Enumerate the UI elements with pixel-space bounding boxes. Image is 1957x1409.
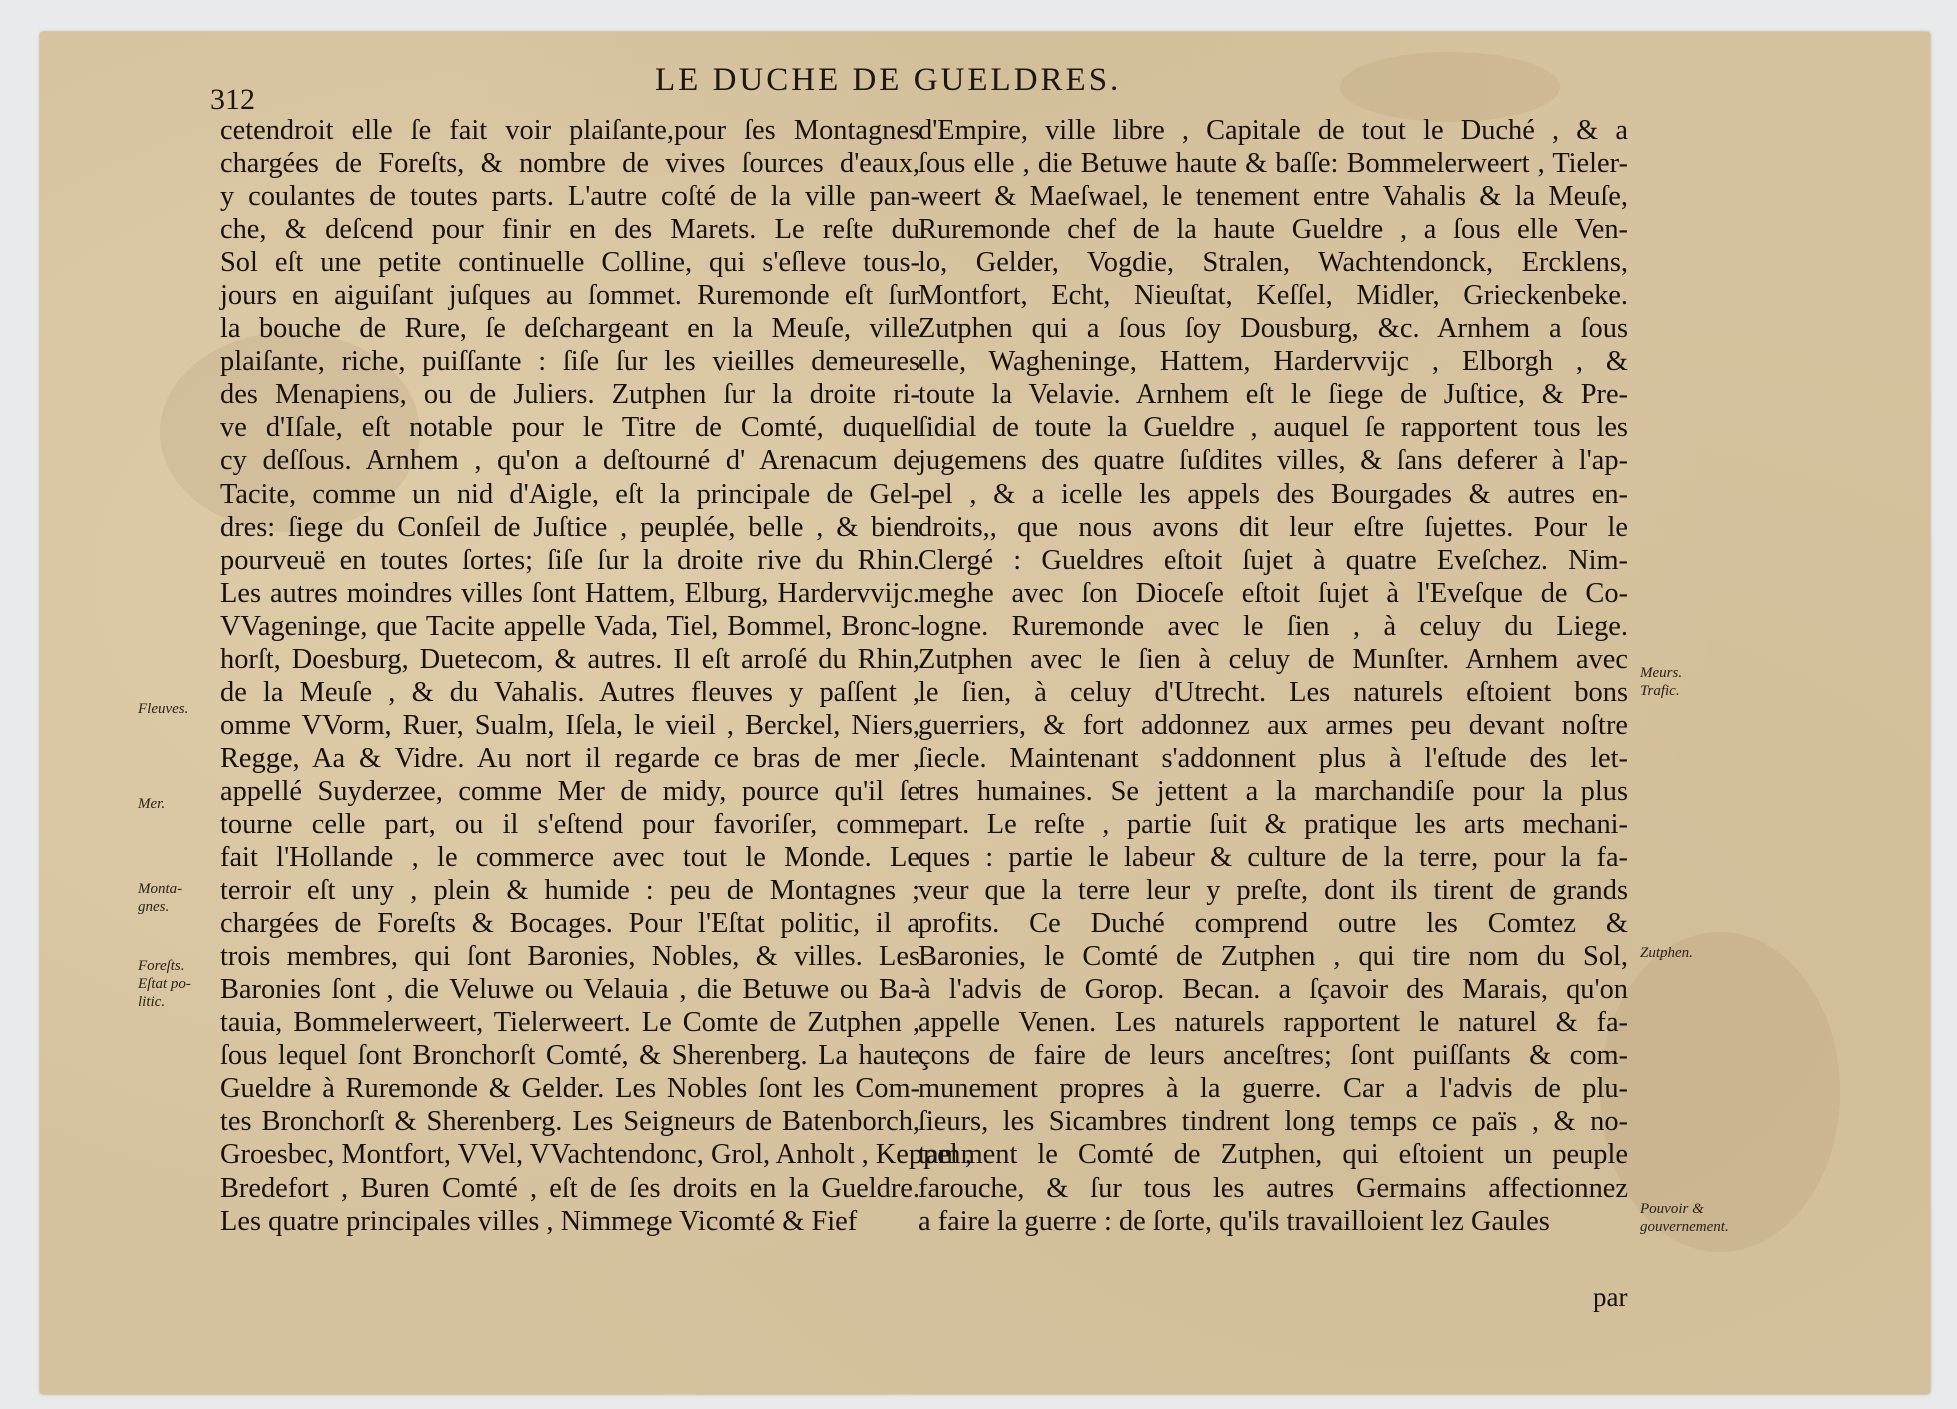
- text-line: ve d'Iſale, eſt notable pour le Titre de…: [220, 411, 920, 444]
- text-line: à l'advis de Gorop. Becan. a ſçavoir des…: [918, 973, 1628, 1006]
- text-line: meghe avec ſon Dioceſe eſtoit ſujet à l'…: [918, 577, 1628, 610]
- text-line: Les autres moindres villes ſont Hattem, …: [220, 577, 920, 610]
- text-line: trois membres, qui ſont Baronies, Nobles…: [220, 940, 920, 973]
- page-number: 312: [210, 83, 255, 117]
- text-line: Les quatre principales villes , Nimmege …: [220, 1205, 920, 1238]
- right-text-column: d'Empire, ville libre , Capitale de tout…: [918, 114, 1628, 1238]
- text-line: VVageninge, que Tacite appelle Vada, Tie…: [220, 610, 920, 643]
- text-line: Tacite, comme un nid d'Aigle, eſt la pri…: [220, 478, 920, 511]
- text-line: munement propres à la guerre. Car a l'ad…: [918, 1072, 1628, 1105]
- margin-note: Zutphen.: [1640, 944, 1693, 962]
- text-line: la bouche de Rure, ſe deſchargeant en la…: [220, 312, 920, 345]
- text-line: Bredefort , Buren Comté , eſt de ſes dro…: [220, 1172, 920, 1205]
- text-line: plaiſante, riche, puiſſante : ſiſe ſur l…: [220, 345, 920, 378]
- text-line: fait l'Hollande , le commerce avec tout …: [220, 841, 920, 874]
- text-line: a faire la guerre : de ſorte, qu'ils tra…: [918, 1205, 1628, 1238]
- text-line: guerriers, & fort addonnez aux armes peu…: [918, 709, 1628, 742]
- text-line: y coulantes de toutes parts. L'autre coſ…: [220, 180, 920, 213]
- text-line: toute la Velavie. Arnhem eſt le ſiege de…: [918, 378, 1628, 411]
- text-line: jugemens des quatre ſuſdites villes, & ſ…: [918, 444, 1628, 477]
- text-line: cetendroit elle ſe fait voir plaiſante,p…: [220, 114, 920, 147]
- text-line: che, & deſcend pour finir en des Marets.…: [220, 213, 920, 246]
- text-line: d'Empire, ville libre , Capitale de tout…: [918, 114, 1628, 147]
- text-line: chargées de Foreſts, & nombre de vives ſ…: [220, 147, 920, 180]
- text-line: profits. Ce Duché comprend outre les Com…: [918, 907, 1628, 940]
- text-line: tauia, Bommelerweert, Tielerweert. Le Co…: [220, 1006, 920, 1039]
- text-line: cy deſſous. Arnhem , qu'on a deſtourné d…: [220, 444, 920, 477]
- paper-stain: [1340, 52, 1560, 122]
- text-line: veur que la terre leur y preſte, dont il…: [918, 874, 1628, 907]
- text-line: horſt, Doesburg, Duetecom, & autres. Il …: [220, 643, 920, 676]
- text-line: pourveuë en toutes ſortes; ſiſe ſur la d…: [220, 544, 920, 577]
- text-line: tres humaines. Se jettent a la marchandi…: [918, 775, 1628, 808]
- text-line: çons de faire de leurs anceſtres; ſont p…: [918, 1039, 1628, 1072]
- margin-note: Foreſts. Eſtat po- litic.: [138, 957, 191, 1011]
- margin-note: Pouvoir & gouvernement.: [1640, 1200, 1729, 1236]
- text-line: Sol eſt une petite continuelle Colline, …: [220, 246, 920, 279]
- text-line: des Menapiens, ou de Juliers. Zutphen ſu…: [220, 378, 920, 411]
- text-line: ques : partie le labeur & culture de la …: [918, 841, 1628, 874]
- text-line: omme VVorm, Ruer, Sualm, Iſela, le vieil…: [220, 709, 920, 742]
- margin-note: Meurs. Trafic.: [1640, 664, 1682, 700]
- text-line: lo, Gelder, Vogdie, Stralen, Wachtendonc…: [918, 246, 1628, 279]
- text-line: jours en aiguiſant juſques au ſommet. Ru…: [220, 279, 920, 312]
- text-line: terroir eſt uny , plein & humide : peu d…: [220, 874, 920, 907]
- left-text-column: cetendroit elle ſe fait voir plaiſante,p…: [220, 114, 920, 1238]
- text-line: Zutphen avec le ſien à celuy de Munſter.…: [918, 643, 1628, 676]
- text-line: elle, Wagheninge, Hattem, Hardervvijc , …: [918, 345, 1628, 378]
- text-line: dres: ſiege du Conſeil de Juſtice , peup…: [220, 511, 920, 544]
- running-head: LE DUCHE DE GUELDRES.: [655, 62, 1215, 99]
- text-line: Groesbec, Montfort, VVel, VVachtendonc, …: [220, 1138, 920, 1171]
- text-line: farouche, & ſur tous les autres Germains…: [918, 1172, 1628, 1205]
- text-line: Regge, Aa & Vidre. Au nort il regarde ce…: [220, 742, 920, 775]
- text-line: appellé Suyderzee, comme Mer de midy, po…: [220, 775, 920, 808]
- text-line: pel , & a icelle les appels des Bourgade…: [918, 478, 1628, 511]
- text-line: chargées de Foreſts & Bocages. Pour l'Eſ…: [220, 907, 920, 940]
- text-line: Montfort, Echt, Nieuſtat, Keſſel, Midler…: [918, 279, 1628, 312]
- margin-note: Monta- gnes.: [138, 880, 182, 916]
- text-line: Gueldre à Ruremonde & Gelder. Les Nobles…: [220, 1072, 920, 1105]
- text-line: tourne celle part, ou il s'eſtend pour f…: [220, 808, 920, 841]
- text-line: Clergé : Gueldres eſtoit ſujet à quatre …: [918, 544, 1628, 577]
- margin-note: Fleuves.: [138, 700, 188, 718]
- text-line: ſidial de toute la Gueldre , auquel ſe r…: [918, 411, 1628, 444]
- text-line: Baronies ſont , die Veluwe ou Velauia , …: [220, 973, 920, 1006]
- text-line: weert & Maeſwael, le tenement entre Vaha…: [918, 180, 1628, 213]
- text-line: Zutphen qui a ſous ſoy Dousburg, &c. Arn…: [918, 312, 1628, 345]
- text-line: logne. Ruremonde avec le ſien , à celuy …: [918, 610, 1628, 643]
- margin-note: Mer.: [138, 795, 165, 813]
- text-line: appelle Venen. Les naturels rapportent l…: [918, 1006, 1628, 1039]
- text-line: Ruremonde chef de la haute Gueldre , a ſ…: [918, 213, 1628, 246]
- text-line: ſieurs, les Sicambres tindrent long temp…: [918, 1105, 1628, 1138]
- text-line: tamment le Comté de Zutphen, qui eſtoien…: [918, 1138, 1628, 1171]
- text-line: ſiecle. Maintenant s'addonnent plus à l'…: [918, 742, 1628, 775]
- text-line: de la Meuſe , & du Vahalis. Autres fleuv…: [220, 676, 920, 709]
- text-line: ſous lequel ſont Bronchorſt Comté, & She…: [220, 1039, 920, 1072]
- catchword: par: [1593, 1282, 1627, 1313]
- text-line: tes Bronchorſt & Sherenberg. Les Seigneu…: [220, 1105, 920, 1138]
- text-line: le ſien, à celuy d'Utrecht. Les naturels…: [918, 676, 1628, 709]
- text-line: droits,, que nous avons dit leur eſtre ſ…: [918, 511, 1628, 544]
- text-line: part. Le reſte , partie ſuit & pratique …: [918, 808, 1628, 841]
- text-line: ſous elle , die Betuwe haute & baſſe: Bo…: [918, 147, 1628, 180]
- text-line: Baronies, le Comté de Zutphen , qui tire…: [918, 940, 1628, 973]
